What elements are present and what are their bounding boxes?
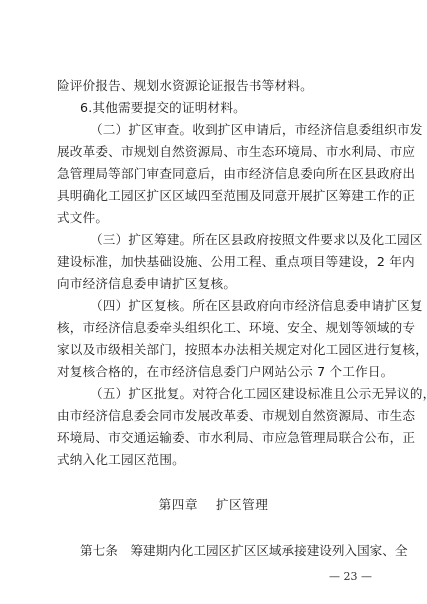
text-line: 对复核合格的，在市经济信息委门户网站公示 7 个工作日。 [57, 361, 373, 383]
paragraph-approval-start: （五）扩区批复。对符合化工园区建设标准且公示无异议的， [90, 383, 373, 405]
paragraph-construction-start: （三）扩区筹建。所在区县政府按照文件要求以及化工园区 [90, 229, 373, 251]
text-line: 急管理局等部门审查同意后，由市经济信息委向所在区县政府出 [57, 163, 373, 185]
text-line: 展改革委、市规划自然资源局、市生态环境局、市水利局、市应 [57, 141, 373, 163]
text-line: 式文件。 [57, 207, 373, 229]
text-line: 环境局、市交通运输委、市水利局、市应急管理局联合公布，正 [57, 427, 373, 449]
text-line: 家以及市级相关部门，按照本办法相关规定对化工园区进行复核， [57, 339, 373, 361]
chapter-title: 扩区管理 [216, 497, 268, 512]
text-line: 具明确化工园区扩区区域四至范围及同意开展扩区筹建工作的正 [57, 185, 373, 207]
text-line: 险评价报告、规划水资源论证报告书等材料。 [57, 75, 373, 97]
text-line: 式纳入化工园区范围。 [57, 449, 373, 471]
chapter-number: 第四章 [159, 497, 198, 512]
page-number: — 23 — [329, 569, 372, 585]
chapter-heading: 第四章扩区管理 [0, 494, 427, 516]
document-page: 险评价报告、规划水资源论证报告书等材料。 6.其他需要提交的证明材料。 （二）扩… [0, 0, 427, 604]
paragraph-review-start: （二）扩区审查。收到扩区申请后，市经济信息委组织市发 [90, 119, 373, 141]
paragraph-recheck-start: （四）扩区复核。所在区县政府向市经济信息委申请扩区复 [90, 295, 373, 317]
text-line: 向市经济信息委申请扩区复核。 [57, 273, 373, 295]
text-line: 由市经济信息委会同市发展改革委、市规划自然资源局、市生态 [57, 405, 373, 427]
article-seven: 第七条 筹建期内化工园区扩区区域承接建设列入国家、全 [80, 540, 380, 562]
list-item-6: 6.其他需要提交的证明材料。 [80, 97, 373, 119]
text-line: 建设标准，加快基础设施、公用工程、重点项目等建设，2 年内 [57, 251, 373, 273]
text-line: 核，市经济信息委牵头组织化工、环境、安全、规划等领域的专 [57, 317, 373, 339]
